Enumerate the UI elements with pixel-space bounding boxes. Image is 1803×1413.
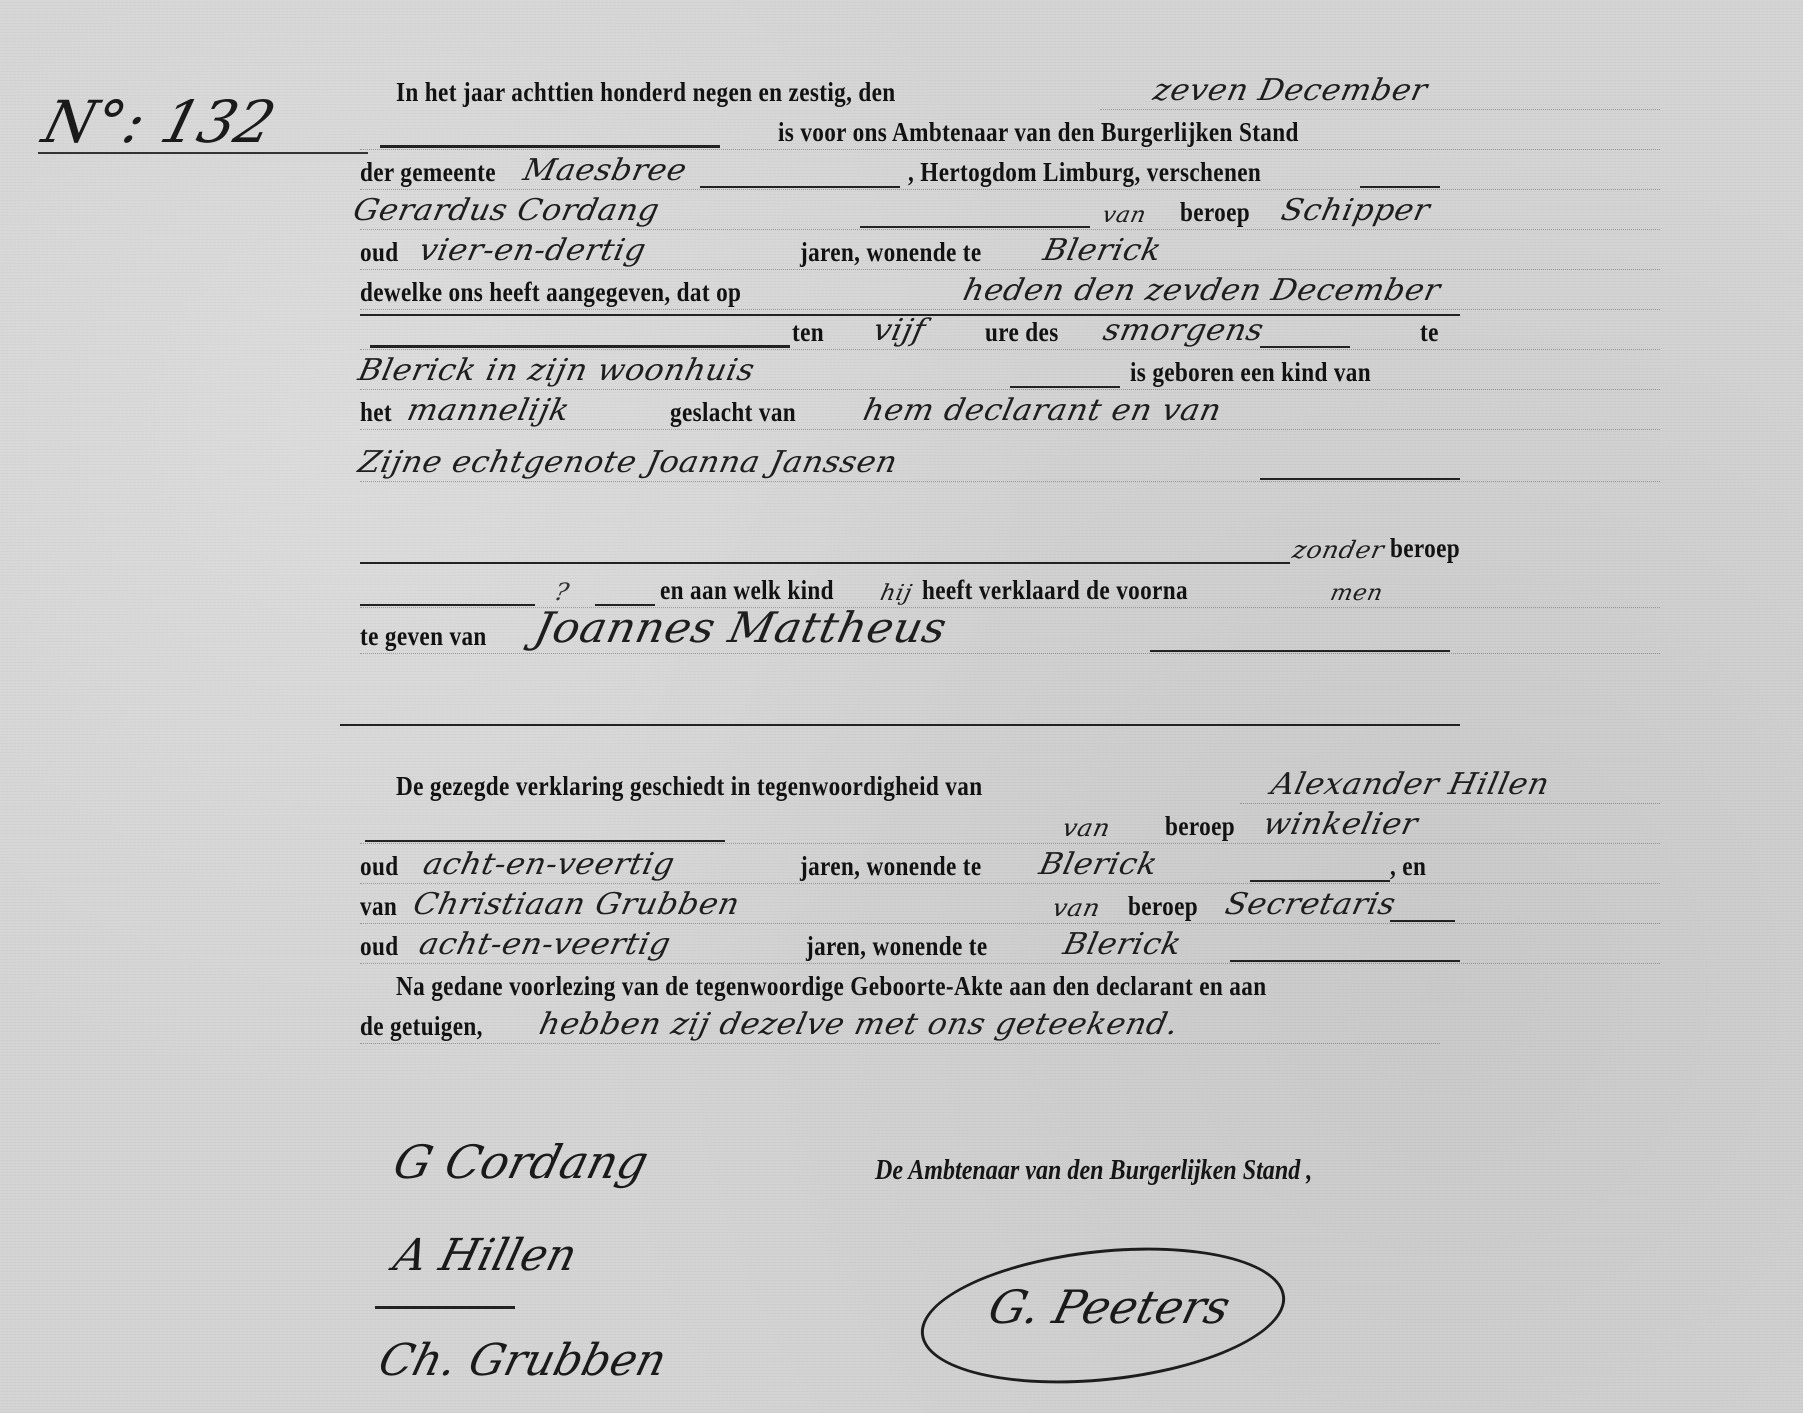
printed-text: is geboren een kind van: [1130, 357, 1371, 388]
handwritten-parent: hem declarant en van: [860, 393, 1225, 428]
line-21: de getuigen, hebben zij dezelve met ons …: [360, 1008, 1660, 1048]
signature-witness-2: Ch. Grubben: [374, 1335, 672, 1386]
printed-text: beroep: [1390, 533, 1460, 564]
printed-text: De gezegde verklaring geschiedt in tegen…: [396, 771, 982, 802]
printed-text: jaren, wonende te: [800, 851, 981, 882]
official-title: De Ambtenaar van den Burgerlijken Stand …: [875, 1155, 1312, 1187]
printed-text: jaren, wonende te: [806, 931, 987, 962]
signature-flourish: [375, 1306, 515, 1309]
printed-text: en aan welk kind: [660, 575, 834, 606]
printed-text: , en: [1390, 851, 1426, 882]
handwritten-closing: hebben zij dezelve met ons geteekend.: [536, 1007, 1182, 1042]
printed-text: van: [360, 891, 397, 922]
printed-text: beroep: [1180, 197, 1250, 228]
handwritten-witness-2-age: acht-en-veertig: [416, 927, 674, 962]
handwritten-age: vier-en-dertig: [416, 233, 649, 268]
handwritten-text: van: [1060, 814, 1113, 842]
handwritten-declarant-name: Gerardus Cordang: [350, 193, 663, 228]
handwritten-text: van: [1100, 203, 1149, 228]
printed-text: het: [360, 397, 392, 428]
line-15: De gezegde verklaring geschiedt in tegen…: [360, 768, 1660, 808]
handwritten-text: men: [1328, 581, 1385, 606]
signature-official: G. Peeters: [983, 1280, 1235, 1334]
printed-text: oud: [360, 931, 398, 962]
line-1: In het jaar achttien honderd negen en ze…: [360, 74, 1660, 114]
handwritten-mother-occupation: zonder: [1290, 536, 1387, 564]
line-5: oud vier-en-dertig jaren, wonende te Ble…: [360, 234, 1660, 274]
printed-text: de getuigen,: [360, 1011, 483, 1042]
handwritten-sex: mannelijk: [404, 393, 573, 428]
handwritten-witness-1: Alexander Hillen: [1268, 767, 1553, 802]
printed-text: Na gedane voorlezing van de tegenwoordig…: [396, 971, 1266, 1002]
printed-text: oud: [360, 237, 398, 268]
line-8: Blerick in zijn woonhuis is geboren een …: [360, 354, 1660, 394]
printed-text: ten: [792, 317, 824, 348]
handwritten-text: ?: [552, 578, 572, 606]
printed-text: is voor ons Ambtenaar van den Burgerlijk…: [778, 117, 1299, 148]
printed-text: geslacht van: [670, 397, 796, 428]
handwritten-mother: Zijne echtgenote Joanna Janssen: [355, 445, 901, 480]
handwritten-text: van: [1050, 894, 1103, 922]
handwritten-witness-2: Christiaan Grubben: [410, 887, 743, 922]
printed-text: beroep: [1128, 891, 1198, 922]
record-number: N°: 132: [36, 88, 283, 156]
handwritten-birthplace: Blerick in zijn woonhuis: [355, 353, 758, 388]
line-6: dewelke ons heeft aangegeven, dat op hed…: [360, 274, 1660, 314]
handwritten-witness-2-residence: Blerick: [1060, 927, 1185, 962]
printed-text: beroep: [1165, 811, 1235, 842]
line-3: der gemeente Maesbree , Hertogdom Limbur…: [360, 154, 1660, 194]
line-19: oud acht-en-veertig jaren, wonende te Bl…: [360, 928, 1660, 968]
handwritten-birth-date: heden den zevden December: [960, 273, 1444, 308]
printed-text: ure des: [985, 317, 1059, 348]
line-20: Na gedane voorlezing van de tegenwoordig…: [360, 968, 1660, 1008]
handwritten-residence: Blerick: [1040, 233, 1165, 268]
line-4: Gerardus Cordang van beroep Schipper: [360, 194, 1660, 234]
printed-text: te geven van: [360, 621, 487, 652]
line-10: Zijne echtgenote Joanna Janssen: [360, 446, 1660, 486]
printed-text: jaren, wonende te: [800, 237, 981, 268]
line-9: het mannelijk geslacht van hem declarant…: [360, 394, 1660, 434]
handwritten-date: zeven December: [1150, 73, 1431, 108]
handwritten-witness-2-occupation: Secretaris: [1222, 887, 1399, 922]
printed-text: der gemeente: [360, 157, 496, 188]
line-13: te geven van Joannes Mattheus: [360, 618, 1660, 658]
line-14: [360, 692, 1660, 732]
printed-text: , Hertogdom Limburg, verschenen: [908, 157, 1261, 188]
signature-witness-1: A Hillen: [389, 1230, 582, 1281]
line-17: oud acht-en-veertig jaren, wonende te Bl…: [360, 848, 1660, 888]
signature-declarant: G Cordang: [388, 1135, 654, 1189]
printed-text: heeft verklaard de voorna: [922, 575, 1188, 606]
line-11: zonder beroep: [360, 530, 1660, 570]
handwritten-witness-1-occupation: winkelier: [1260, 807, 1421, 842]
handwritten-time-of-day: smorgens: [1100, 313, 1267, 348]
handwritten-municipality: Maesbree: [520, 153, 690, 188]
handwritten-witness-1-residence: Blerick: [1036, 847, 1161, 882]
handwritten-child-name: Joannes Mattheus: [530, 603, 951, 652]
handwritten-witness-1-age: acht-en-veertig: [420, 847, 678, 882]
line-18: van Christiaan Grubben van beroep Secret…: [360, 888, 1660, 928]
printed-text: In het jaar achttien honderd negen en ze…: [396, 77, 896, 108]
record-number-underline: [38, 152, 368, 154]
printed-text: te: [1420, 317, 1439, 348]
line-2: is voor ons Ambtenaar van den Burgerlijk…: [360, 114, 1660, 154]
line-7: ten vijf ure des smorgens te: [360, 314, 1660, 354]
birth-certificate-page: N°: 132 In het jaar achttien honderd neg…: [0, 0, 1803, 1413]
handwritten-hour: vijf: [870, 313, 929, 348]
printed-text: dewelke ons heeft aangegeven, dat op: [360, 277, 741, 308]
printed-text: oud: [360, 851, 398, 882]
line-16: van beroep winkelier: [360, 808, 1660, 848]
handwritten-occupation: Schipper: [1278, 193, 1433, 228]
